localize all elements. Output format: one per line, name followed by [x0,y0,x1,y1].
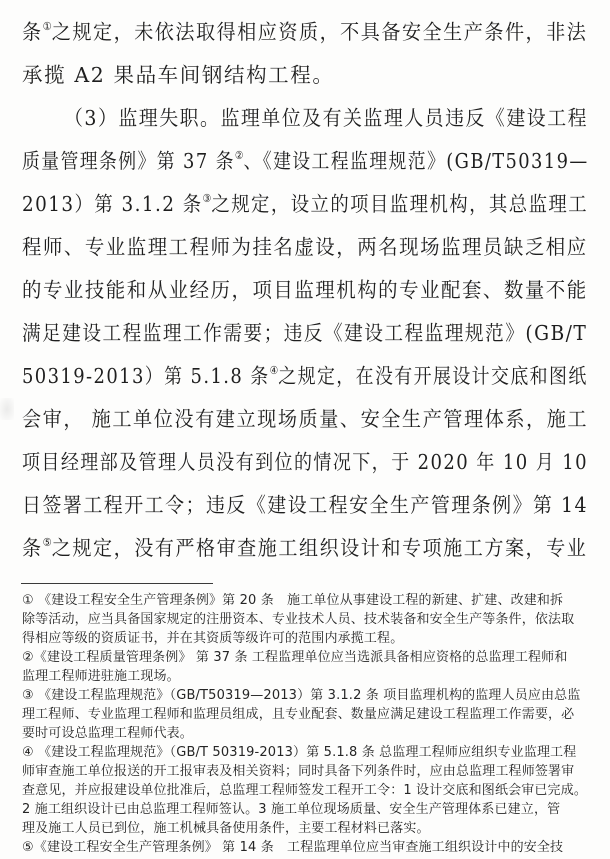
footnote-4-line: 理及施工人员已到位，施工机械具备使用条件，主要工程材料已落实。 [22,820,592,838]
footnote-2-line: ②《建设工程质量管理条例》 第 37 条 工程监理单位应当选派具备相应资格的总监… [22,649,592,667]
footnote-ref-1[interactable]: ① [43,20,52,33]
footnote-4-line: 查意见，并应报建设单位批准后，总监理工程师签发工程开工令：1 设计交底和图纸会审… [22,782,592,800]
body-text: 承揽 A2 果品车间钢结构工程。 [22,63,334,87]
body-text: 条 [22,20,43,44]
body-line: 2013）第 3.1.2 条③之规定，设立的项目监理机构，其总监理工 [22,190,588,218]
footnote-4-line: 2 施工组织设计已由总监理工程师签认。3 施工单位现场质量、安全生产管理体系已建… [22,801,592,819]
body-line: 程师、专业监理工程师为挂名虚设，两名现场监理员缺乏相应 [22,233,588,261]
body-text: 之规定，在没有开展设计交底和图纸 [278,364,587,388]
footnote-1-line: ① 《建设工程安全生产管理条例》第 20 条 施工单位从事建设工程的新建、扩建、… [22,592,592,610]
body-text: 50319-2013）第 5.1.8 条 [22,364,270,388]
body-line: 日签署工程开工令；违反《建设工程安全生产管理条例》第 14 [22,491,588,519]
body-line: 承揽 A2 果品车间钢结构工程。 [22,61,588,89]
body-line: 满足建设工程监理工作需要；违反《建设工程监理规范》(GB/T [22,319,588,347]
body-line: 50319-2013）第 5.1.8 条④之规定，在没有开展设计交底和图纸 [22,362,588,390]
body-text: 之规定，设立的项目监理机构，其总监理工 [211,192,588,216]
footnote-ref-4[interactable]: ④ [270,364,279,377]
body-text: 条 [22,536,43,560]
footnote-ref-5[interactable]: ⑤ [43,536,52,549]
body-text: 之规定，未依法取得相应资质，不具备安全生产条件，非法 [52,20,588,44]
body-text: 会审， 施工单位没有建立现场质量、安全生产管理体系，施工 [22,407,588,431]
paragraph-heading-line: （3）监理失职。监理单位及有关监理人员违反《建设工程 [64,104,588,132]
body-line: 的专业技能和从业经历，项目监理机构的专业配套、数量不能 [22,276,588,304]
footnote-2-line: 监理工程师进驻施工现场。 [22,668,592,686]
footnote-separator [21,583,213,584]
body-text: 的专业技能和从业经历，项目监理机构的专业配套、数量不能 [22,278,588,302]
body-line: 项目经理部及管理人员没有到位的情况下，于 2020 年 10 月 10 [22,448,588,476]
body-line: 条①之规定，未依法取得相应资质，不具备安全生产条件，非法 [22,18,588,46]
footnote-1-line: 得相应等级的资质证书，并在其资质等级许可的范围内承揽工程。 [22,630,592,648]
footnote-4-line: ④ 《建设工程监理规范》（GB/T 50319-2013）第 5.1.8 条 总… [22,744,592,762]
footnote-ref-2[interactable]: ② [235,149,244,162]
footnote-3-line: 要时可设总监理工程师代表。 [22,725,592,743]
footnote-3-line: 理工程师、专业监理工程师和监理员组成，且专业配套、数量应满足建设工程监理工作需要… [22,706,592,724]
scan-smudge [0,398,14,420]
body-line: 条⑤之规定，没有严格审查施工组织设计和专项施工方案，专业 [22,534,588,562]
footnote-4-line: 师审查施工单位报送的开工报审表及相关资料；同时具备下列条件时，应由总监理工程师签… [22,763,592,781]
body-text: 2013）第 3.1.2 条 [22,192,203,216]
body-line: 质量管理条例》第 37 条②、《建设工程监理规范》(GB/T50319— [22,147,588,175]
footnote-5-line: ⑤《建设工程安全生产管理条例》 第 14 条 工程监理单位应当审查施工组织设计中… [22,839,592,857]
body-text: 项目经理部及管理人员没有到位的情况下，于 2020 年 10 月 10 [22,450,588,474]
body-text: 日签署工程开工令；违反《建设工程安全生产管理条例》第 14 [22,493,588,517]
footnote-ref-3[interactable]: ③ [203,192,212,205]
body-line: 会审， 施工单位没有建立现场质量、安全生产管理体系，施工 [22,405,588,433]
body-text: 质量管理条例》第 37 条 [22,149,235,173]
body-text: 之规定，没有严格审查施工组织设计和专项施工方案，专业 [52,536,588,560]
document-page: 条①之规定，未依法取得相应资质，不具备安全生产条件，非法 承揽 A2 果品车间钢… [0,0,610,859]
body-text: （3）监理失职。监理单位及有关监理人员违反《建设工程 [64,106,588,130]
body-text: 满足建设工程监理工作需要；违反《建设工程监理规范》(GB/T [22,321,587,345]
footnote-1-line: 除等活动，应当具备国家规定的注册资本、专业技术人员、技术装备和安全生产等条件，依… [22,611,592,629]
body-text: 、《建设工程监理规范》(GB/T50319— [243,149,588,173]
footnote-3-line: ③ 《建设工程监理规范》（GB/T50319—2013）第 3.1.2 条 项目… [22,687,592,705]
body-text: 程师、专业监理工程师为挂名虚设，两名现场监理员缺乏相应 [22,235,588,259]
